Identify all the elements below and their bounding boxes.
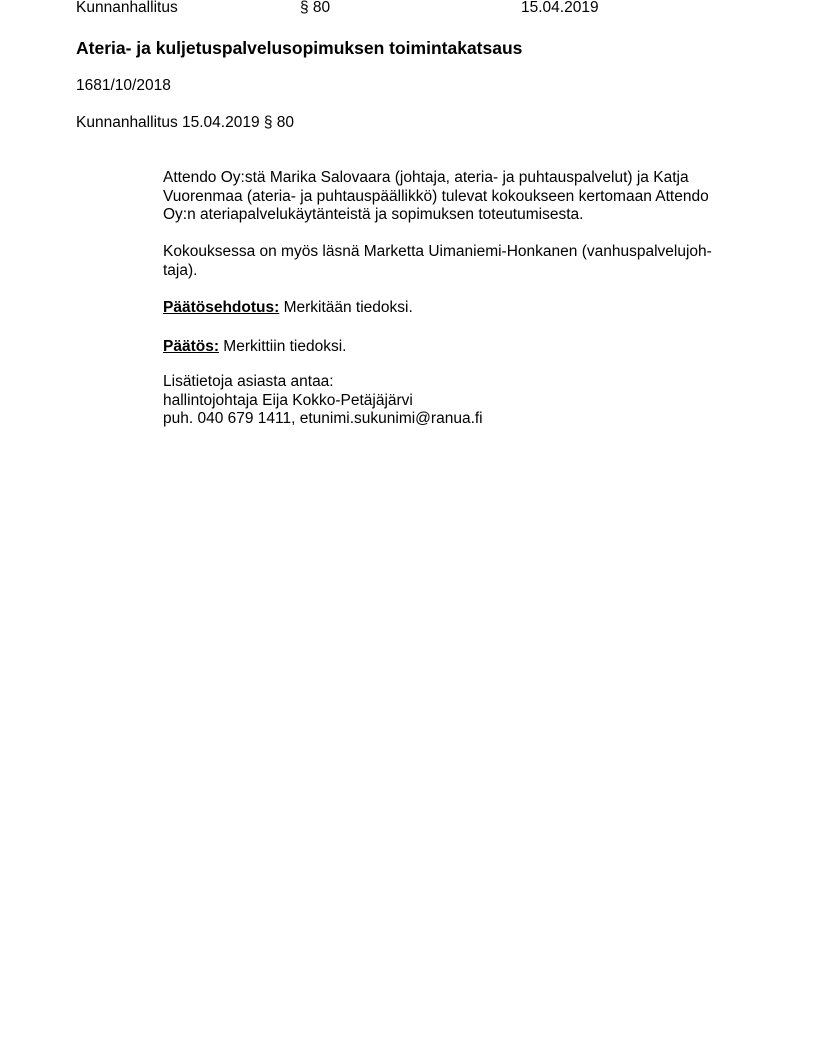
decision-label: Päätös: <box>163 338 219 355</box>
contact-details: puh. 040 679 1411, etunimi.sukunimi@ranu… <box>163 410 743 429</box>
header-body-name: Kunnanhallitus <box>76 0 178 18</box>
decision-line: Päätös: Merkittiin tiedoksi. <box>163 338 743 357</box>
text-line: Oy:n ateriapalvelukäytänteistä ja sopimu… <box>163 206 743 225</box>
document-title: Ateria- ja kuljetuspalvelusopimuksen toi… <box>76 37 522 59</box>
contact-info: Lisätietoja asiasta antaa: hallintojohta… <box>163 373 743 429</box>
header-section-number: § 80 <box>300 0 330 18</box>
paragraph-attendo-presentation: Attendo Oy:stä Marika Salovaara (johtaja… <box>163 169 743 225</box>
decision-proposal: Päätösehdotus: Merkitään tiedoksi. <box>163 299 743 318</box>
contact-person: hallintojohtaja Eija Kokko-Petäjäjärvi <box>163 392 743 411</box>
paragraph-attendees: Kokouksessa on myös läsnä Marketta Uiman… <box>163 243 743 280</box>
document-header: Kunnanhallitus § 80 15.04.2019 <box>76 0 636 18</box>
contact-intro: Lisätietoja asiasta antaa: <box>163 373 743 392</box>
proposal-label: Päätösehdotus: <box>163 299 279 316</box>
meeting-reference: Kunnanhallitus 15.04.2019 § 80 <box>76 113 294 132</box>
diary-number: 1681/10/2018 <box>76 76 171 95</box>
proposal-line: Päätösehdotus: Merkitään tiedoksi. <box>163 299 743 318</box>
text-line: Vuorenmaa (ateria- ja puhtauspäällikkö) … <box>163 188 743 207</box>
text-line: taja). <box>163 262 743 281</box>
text-line: Kokouksessa on myös läsnä Marketta Uiman… <box>163 243 743 262</box>
decision-text: Merkittiin tiedoksi. <box>219 338 346 355</box>
proposal-text: Merkitään tiedoksi. <box>279 299 413 316</box>
text-line: Attendo Oy:stä Marika Salovaara (johtaja… <box>163 169 743 188</box>
header-date: 15.04.2019 <box>521 0 599 18</box>
decision: Päätös: Merkittiin tiedoksi. <box>163 338 743 357</box>
